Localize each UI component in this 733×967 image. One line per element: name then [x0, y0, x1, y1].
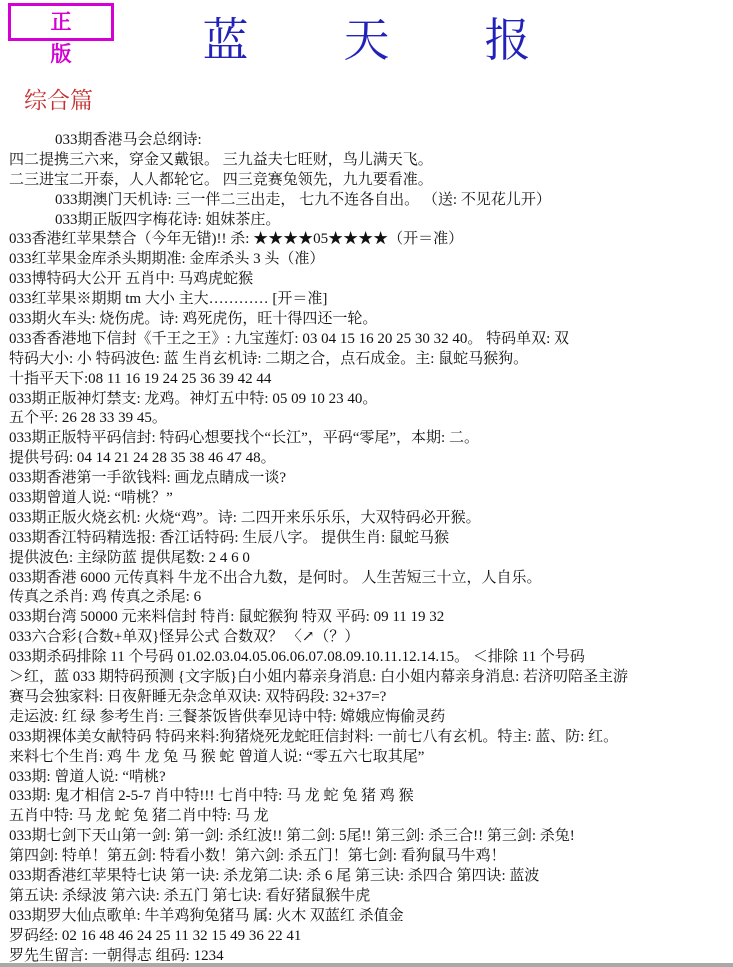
body-lines: 033期香港马会总纲诗:四二提携三六来，穿金又戴银。 三九益夫七旺财，鸟儿满天飞… — [9, 131, 732, 966]
text-line: 033红苹果金库杀头期期准: 金库杀头 3 头（准） — [9, 250, 732, 270]
text-line: 提供号码: 04 14 21 24 28 35 38 46 47 48。 — [9, 449, 732, 469]
text-line: 033期曾道人说: “啃桃？” — [9, 489, 732, 509]
text-line: 第四剑: 特单！第五剑: 特看小数！第六剑: 杀五门！第七剑: 看狗鼠马牛鸡！ — [9, 847, 732, 867]
text-line: 033期香港第一手欲钱料: 画龙点睛成一谈? — [9, 469, 732, 489]
text-line: 033期: 曾道人说: “啃桃? — [9, 768, 732, 788]
text-line: 033期裸体美女献特码 特码来料:狗猪烧死龙蛇旺信封料: 一前七八有玄机。特主:… — [9, 728, 732, 748]
text-line: 033期杀码排除 11 个号码 01.02.03.04.05.06.06.07.… — [9, 648, 732, 668]
text-line: 033期澳门天机诗: 三一伴二三出走， 七九不连各自出。 （送: 不见花儿开） — [9, 191, 732, 211]
text-line: 033香港红苹果禁合（今年无错)!! 杀: ★★★★05★★★★（开＝准） — [9, 230, 732, 250]
text-line: 传真之杀肖: 鸡 传真之杀尾: 6 — [9, 588, 732, 608]
text-line: 033六合彩{合数+单双}怪异公式 合数双？ 〈↗（？） — [9, 628, 732, 648]
text-line: 033期七剑下天山第一剑: 第一剑: 杀红波!! 第二剑: 5尾!! 第三剑: … — [9, 827, 732, 847]
bottom-edge-bar — [0, 963, 733, 967]
text-line: 二三进宝二开泰，人人都轮它。 四三竞赛兔领先，九九要看准。 — [9, 171, 732, 191]
text-line: 033期香港马会总纲诗: — [9, 131, 732, 151]
page-title: 蓝天报 — [0, 4, 733, 70]
text-line: 五个平: 26 28 33 39 45。 — [9, 409, 732, 429]
text-line: 033期罗大仙点歌单: 牛羊鸡狗兔猪马 属: 火木 双蓝红 杀值金 — [9, 907, 732, 927]
text-line: 第五诀: 杀绿波 第六诀: 杀五门 第七诀: 看好猪鼠猴牛虎 — [9, 887, 732, 907]
text-line: 033期香港红苹果特七诀 第一诀: 杀龙第二诀: 杀 6 尾 第三诀: 杀四合 … — [9, 867, 732, 887]
text-line: 033博特码大公开 五肖中: 马鸡虎蛇猴 — [9, 270, 732, 290]
text-line: 033期台湾 50000 元来料信封 特肖: 鼠蛇猴狗 特双 平码: 09 11… — [9, 608, 732, 628]
text-line: 走运波: 红 绿 参考生肖: 三餐茶饭皆供奉见诗中特: 嫦娥应悔偷灵药 — [9, 708, 732, 728]
text-line: 033红苹果※期期 tm 大小 主大………… [开＝准] — [9, 290, 732, 310]
text-line: 特码大小: 小 特码波色: 蓝 生肖玄机诗: 二期之合，点石成金。主: 鼠蛇马猴… — [9, 350, 732, 370]
newspaper-page: 正 版 蓝天报 综合篇 033期香港马会总纲诗:四二提携三六来，穿金又戴银。 三… — [0, 0, 733, 967]
text-line: 五肖中特: 马 龙 蛇 兔 猪二肖中特: 马 龙 — [9, 807, 732, 827]
text-line: 033期正版神灯禁支: 龙鸡。神灯五中特: 05 09 10 23 40。 — [9, 390, 732, 410]
text-line: 033期: 鬼才相信 2-5-7 肖中特!!! 七肖中特: 马 龙 蛇 兔 猪 … — [9, 787, 732, 807]
text-line: 四二提携三六来，穿金又戴银。 三九益夫七旺财，鸟儿满天飞。 — [9, 151, 732, 171]
text-line: 033期正版特平码信封: 特码心想要找个“长江”，平码“零尾”，本期: 二。 — [9, 429, 732, 449]
section-label: 综合篇 — [24, 82, 93, 115]
text-line: 033期正版四字梅花诗: 姐妹茶庄。 — [9, 211, 732, 231]
text-line: 033期正版火烧玄机: 火烧“鸡”。诗: 二四开来乐乐乐，大双特码必开猴。 — [9, 509, 732, 529]
text-line: 033期火车头: 烧伤虎。诗: 鸡死虎伤，旺十得四还一轮。 — [9, 310, 732, 330]
text-line: 来料七个生肖: 鸡 牛 龙 兔 马 猴 蛇 曾道人说: “零五六七取其尾” — [9, 748, 732, 768]
text-line: 提供波色: 主绿防蓝 提供尾数: 2 4 6 0 — [9, 549, 732, 569]
text-line: 罗码经: 02 16 48 46 24 25 11 32 15 49 36 22… — [9, 927, 732, 947]
text-line: 033期香港 6000 元传真料 牛龙不出合九数，是何时。 人生苦短三十立，人自… — [9, 569, 732, 589]
text-line: 033期香江特码精选报: 香江话特码: 生辰八字。 提供生肖: 鼠蛇马猴 — [9, 529, 732, 549]
text-line: 033香香港地下信封《千王之王》: 九宝莲灯: 03 04 15 16 20 2… — [9, 330, 732, 350]
text-line: 赛马会独家料: 日夜鼾睡无杂念单双诀: 双特码段: 32+37=? — [9, 688, 732, 708]
text-line: 十指平天下:08 11 16 19 24 25 36 39 42 44 — [9, 370, 732, 390]
text-line: ＞红，蓝 033 期特码预测 {文字版}白小姐内幕亲身消息: 白小姐内幕亲身消息… — [9, 668, 732, 688]
